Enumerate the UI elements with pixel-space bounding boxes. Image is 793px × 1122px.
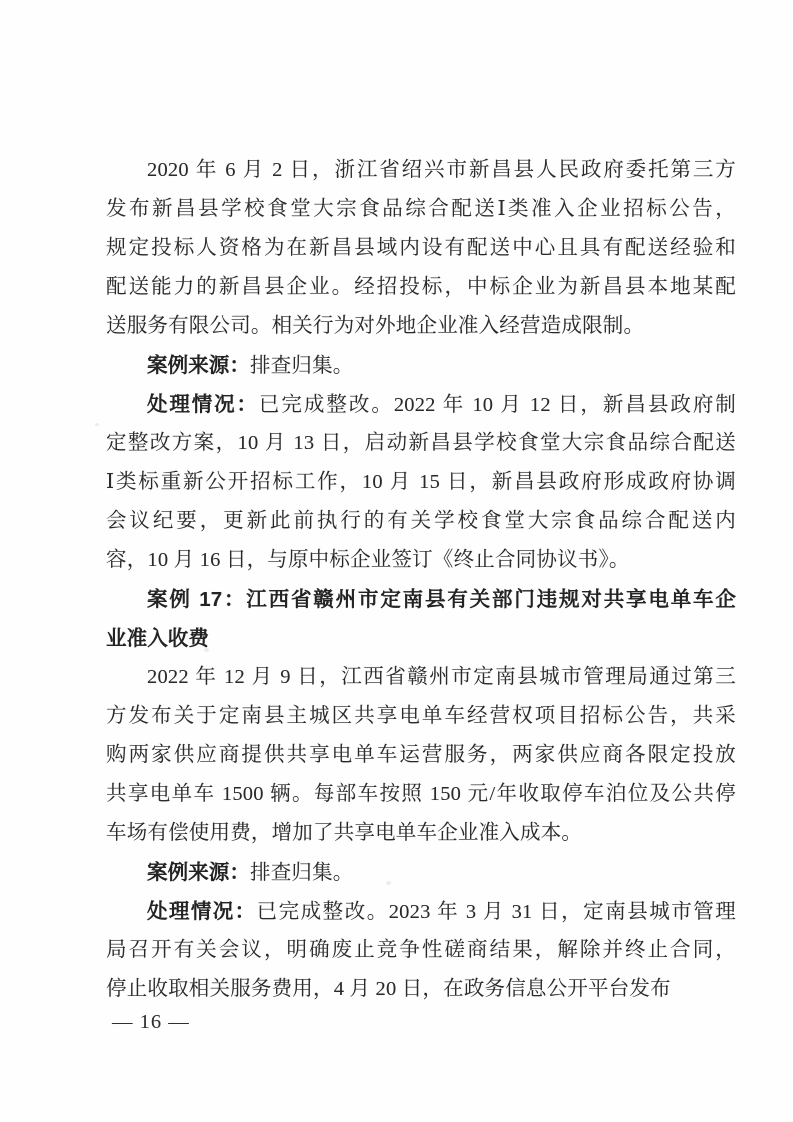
paragraph: 案例来源：排查归集。 (106, 346, 736, 385)
paragraph: 2022 年 12 月 9 日，江西省赣州市定南县城市管理局通过第三方发布关于定… (106, 658, 736, 853)
text-segment: 2020 年 6 月 2 日，浙江省绍兴市新昌县人民政府委托第三方 (147, 159, 736, 181)
text-line: 2022 年 12 月 9 日，江西省赣州市定南县城市管理局通过第三 (106, 658, 736, 697)
text-line: 业准入收费 (106, 619, 736, 658)
text-line: 定整改方案，10 月 13 日，启动新昌县学校食堂大宗食品综合配送 (106, 424, 736, 463)
text-line: 会议纪要，更新此前执行的有关学校食堂大宗食品综合配送内 (106, 502, 736, 541)
scan-artifact (95, 423, 99, 426)
page-number: — 16 — (112, 1006, 190, 1038)
bold-label: 处理情况： (147, 900, 257, 923)
text-line: 案例 17：江西省赣州市定南县有关部门违规对共享电单车企 (106, 580, 736, 619)
text-segment: 排查归集。 (250, 355, 354, 377)
text-segment: 购两家供应商提供共享电单车运营服务，两家供应商各限定投放 (106, 744, 736, 766)
scan-artifact (386, 881, 391, 885)
text-line: 共享电单车 1500 辆。每部车按照 150 元/年收取停车泊位及公共停 (106, 775, 736, 814)
document-page: 2020 年 6 月 2 日，浙江省绍兴市新昌县人民政府委托第三方发布新昌县学校… (0, 0, 793, 1122)
text-segment: 会议纪要，更新此前执行的有关学校食堂大宗食品综合配送内 (106, 510, 736, 532)
scan-artifact (296, 282, 302, 287)
text-line: 处理情况：已完成整改。2023 年 3 月 31 日，定南县城市管理 (106, 892, 736, 931)
paragraph: 2020 年 6 月 2 日，浙江省绍兴市新昌县人民政府委托第三方发布新昌县学校… (106, 151, 736, 346)
text-segment: Ⅰ类标重新公开招标工作，10 月 15 日，新昌县政府形成政府协调 (106, 471, 736, 493)
text-segment: 2022 年 12 月 9 日，江西省赣州市定南县城市管理局通过第三 (147, 666, 736, 688)
bold-label: 案例来源： (147, 354, 250, 377)
text-segment: 已完成整改。2023 年 3 月 31 日，定南县城市管理 (257, 901, 736, 923)
text-line: 局召开有关会议，明确废止竞争性磋商结果，解除并终止合同， (106, 931, 736, 970)
bold-label: 案例来源： (147, 861, 250, 884)
case-heading: 案例 17：江西省赣州市定南县有关部门违规对共享电单车企业准入收费 (106, 580, 736, 658)
text-line: 购两家供应商提供共享电单车运营服务，两家供应商各限定投放 (106, 736, 736, 775)
text-segment: 车场有偿使用费，增加了共享电单车企业准入成本。 (106, 822, 582, 844)
bold-label: 业准入收费 (106, 627, 209, 650)
text-line: Ⅰ类标重新公开招标工作，10 月 15 日，新昌县政府形成政府协调 (106, 463, 736, 502)
text-segment: 发布新昌县学校食堂大宗食品综合配送Ⅰ类准入企业招标公告， (106, 198, 736, 220)
text-line: 规定投标人资格为在新昌县域内设有配送中心且具有配送经验和 (106, 229, 736, 268)
text-line: 方发布关于定南县主城区共享电单车经营权项目招标公告，共采 (106, 697, 736, 736)
paragraph: 处理情况：已完成整改。2023 年 3 月 31 日，定南县城市管理局召开有关会… (106, 892, 736, 1009)
bold-label: 处理情况： (147, 393, 259, 416)
document-body: 2020 年 6 月 2 日，浙江省绍兴市新昌县人民政府委托第三方发布新昌县学校… (106, 151, 736, 1009)
text-line: 案例来源：排查归集。 (106, 346, 736, 385)
text-segment: 方发布关于定南县主城区共享电单车经营权项目招标公告，共采 (106, 705, 736, 727)
text-segment: 局召开有关会议，明确废止竞争性磋商结果，解除并终止合同， (106, 939, 736, 961)
paragraph: 案例来源：排查归集。 (106, 853, 736, 892)
text-segment: 共享电单车 1500 辆。每部车按照 150 元/年收取停车泊位及公共停 (106, 783, 736, 805)
text-segment: 定整改方案，10 月 13 日，启动新昌县学校食堂大宗食品综合配送 (106, 432, 736, 454)
text-line: 容，10 月 16 日，与原中标企业签订《终止合同协议书》。 (106, 541, 736, 580)
text-line: 2020 年 6 月 2 日，浙江省绍兴市新昌县人民政府委托第三方 (106, 151, 736, 190)
text-segment: 送服务有限公司。相关行为对外地企业准入经营造成限制。 (106, 315, 644, 337)
text-segment: 已完成整改。2022 年 10 月 12 日，新昌县政府制 (259, 394, 736, 416)
text-segment: 规定投标人资格为在新昌县域内设有配送中心且具有配送经验和 (106, 237, 736, 259)
text-line: 配送能力的新昌县企业。经招投标，中标企业为新昌县本地某配 (106, 268, 736, 307)
text-segment: 配送能力的新昌县企业。经招投标，中标企业为新昌县本地某配 (106, 276, 736, 298)
paragraph: 处理情况：已完成整改。2022 年 10 月 12 日，新昌县政府制定整改方案，… (106, 385, 736, 580)
text-line: 车场有偿使用费，增加了共享电单车企业准入成本。 (106, 814, 736, 853)
text-line: 处理情况：已完成整改。2022 年 10 月 12 日，新昌县政府制 (106, 385, 736, 424)
scan-artifact (204, 648, 209, 652)
bold-label: 案例 17：江西省赣州市定南县有关部门违规对共享电单车企 (147, 588, 736, 611)
text-segment: 排查归集。 (250, 862, 354, 884)
text-segment: 容，10 月 16 日，与原中标企业签订《终止合同协议书》。 (106, 549, 630, 571)
text-line: 送服务有限公司。相关行为对外地企业准入经营造成限制。 (106, 307, 736, 346)
text-line: 案例来源：排查归集。 (106, 853, 736, 892)
text-line: 发布新昌县学校食堂大宗食品综合配送Ⅰ类准入企业招标公告， (106, 190, 736, 229)
text-line: 停止收取相关服务费用，4 月 20 日，在政务信息公开平台发布 (106, 970, 736, 1009)
text-segment: 停止收取相关服务费用，4 月 20 日，在政务信息公开平台发布 (106, 978, 671, 1000)
